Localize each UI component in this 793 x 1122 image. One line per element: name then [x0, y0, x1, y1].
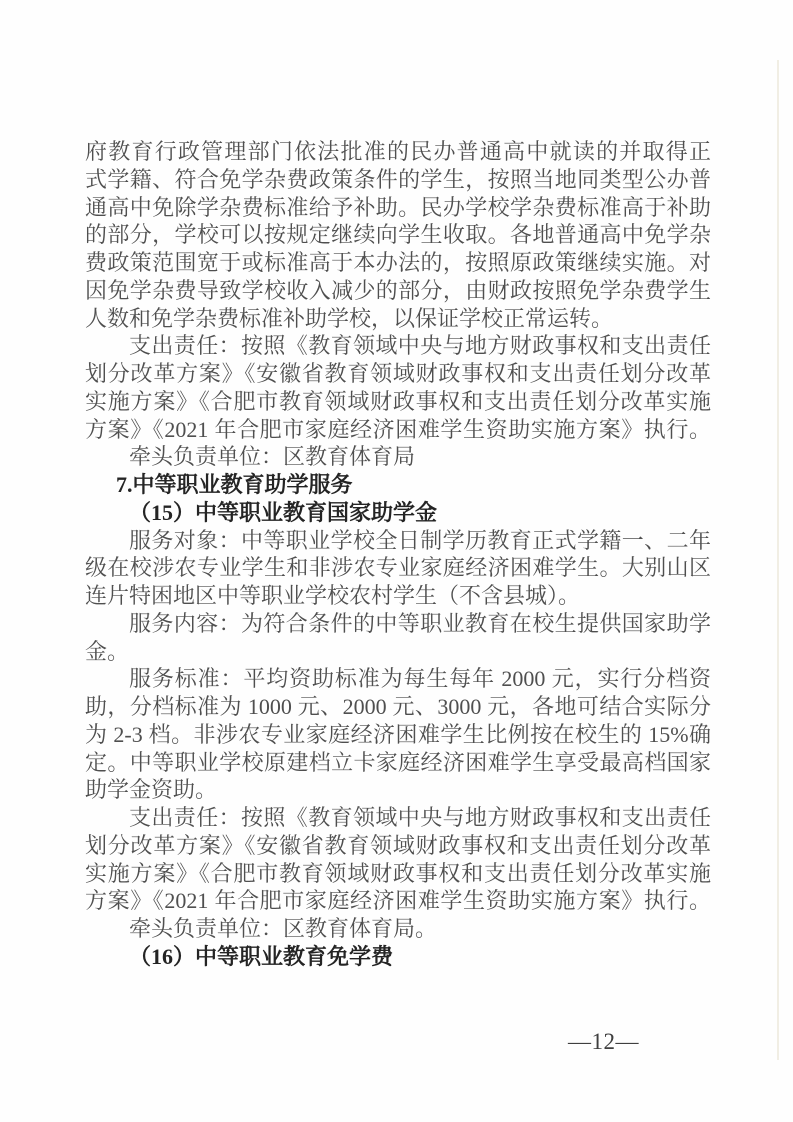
text-line: 级在校涉农专业学生和非涉农专业家庭经济困难学生。大别山区: [85, 554, 711, 582]
text-line: 划分改革方案》《安徽省教育领域财政事权和支出责任划分改革: [85, 360, 711, 388]
page-number: —12—: [568, 1029, 639, 1055]
text-line: 为 2-3 档。非涉农专业家庭经济困难学生比例按在校生的 15%确: [85, 721, 711, 749]
scan-edge-artifact: [777, 60, 779, 1060]
text-line: 府教育行政管理部门依法批准的民办普通高中就读的并取得正: [85, 138, 711, 166]
text-line: 服务标准：平均资助标准为每生每年 2000 元，实行分档资: [85, 665, 711, 693]
text-line: 实施方案》《合肥市教育领域财政事权和支出责任划分改革实施: [85, 388, 711, 416]
text-line: 支出责任：按照《教育领域中央与地方财政事权和支出责任: [85, 332, 711, 360]
text-line: 金。: [85, 638, 711, 666]
text-line: 方案》《2021 年合肥市家庭经济困难学生资助实施方案》执行。: [85, 416, 711, 444]
text-line: 助，分档标准为 1000 元、2000 元、3000 元，各地可结合实际分: [85, 693, 711, 721]
text-line: 通高中免除学杂费标准给予补助。民办学校学杂费标准高于补助: [85, 194, 711, 222]
text-line: 服务对象：中等职业学校全日制学历教育正式学籍一、二年: [85, 527, 711, 555]
text-line: 牵头负责单位：区教育体育局: [85, 443, 711, 471]
text-line: 人数和免学杂费标准补助学校，以保证学校正常运转。: [85, 305, 711, 333]
text-line: 划分改革方案》《安徽省教育领域财政事权和支出责任划分改革: [85, 832, 711, 860]
heading-line: （15）中等职业教育国家助学金: [85, 499, 711, 527]
text-line: 支出责任：按照《教育领域中央与地方财政事权和支出责任: [85, 804, 711, 832]
text-line: 因免学杂费导致学校收入减少的部分，由财政按照免学杂费学生: [85, 277, 711, 305]
text-line: 连片特困地区中等职业学校农村学生（不含县城）。: [85, 582, 711, 610]
text-line: 助学金资助。: [85, 776, 711, 804]
text-line: 费政策范围宽于或标准高于本办法的，按照原政策继续实施。对: [85, 249, 711, 277]
document-page: 府教育行政管理部门依法批准的民办普通高中就读的并取得正式学籍、符合免学杂费政策条…: [0, 0, 793, 1122]
text-line: 定。中等职业学校原建档立卡家庭经济困难学生享受最高档国家: [85, 749, 711, 777]
heading-line: 7.中等职业教育助学服务: [85, 471, 711, 499]
text-line: 实施方案》《合肥市教育领域财政事权和支出责任划分改革实施: [85, 860, 711, 888]
text-line: 服务内容：为符合条件的中等职业教育在校生提供国家助学: [85, 610, 711, 638]
text-line: 式学籍、符合免学杂费政策条件的学生，按照当地同类型公办普: [85, 166, 711, 194]
document-body: 府教育行政管理部门依法批准的民办普通高中就读的并取得正式学籍、符合免学杂费政策条…: [85, 138, 711, 971]
text-line: 的部分，学校可以按规定继续向学生收取。各地普通高中免学杂: [85, 221, 711, 249]
text-line: 方案》《2021 年合肥市家庭经济困难学生资助实施方案》执行。: [85, 887, 711, 915]
text-line: 牵头负责单位：区教育体育局。: [85, 915, 711, 943]
heading-line: （16）中等职业教育免学费: [85, 943, 711, 971]
